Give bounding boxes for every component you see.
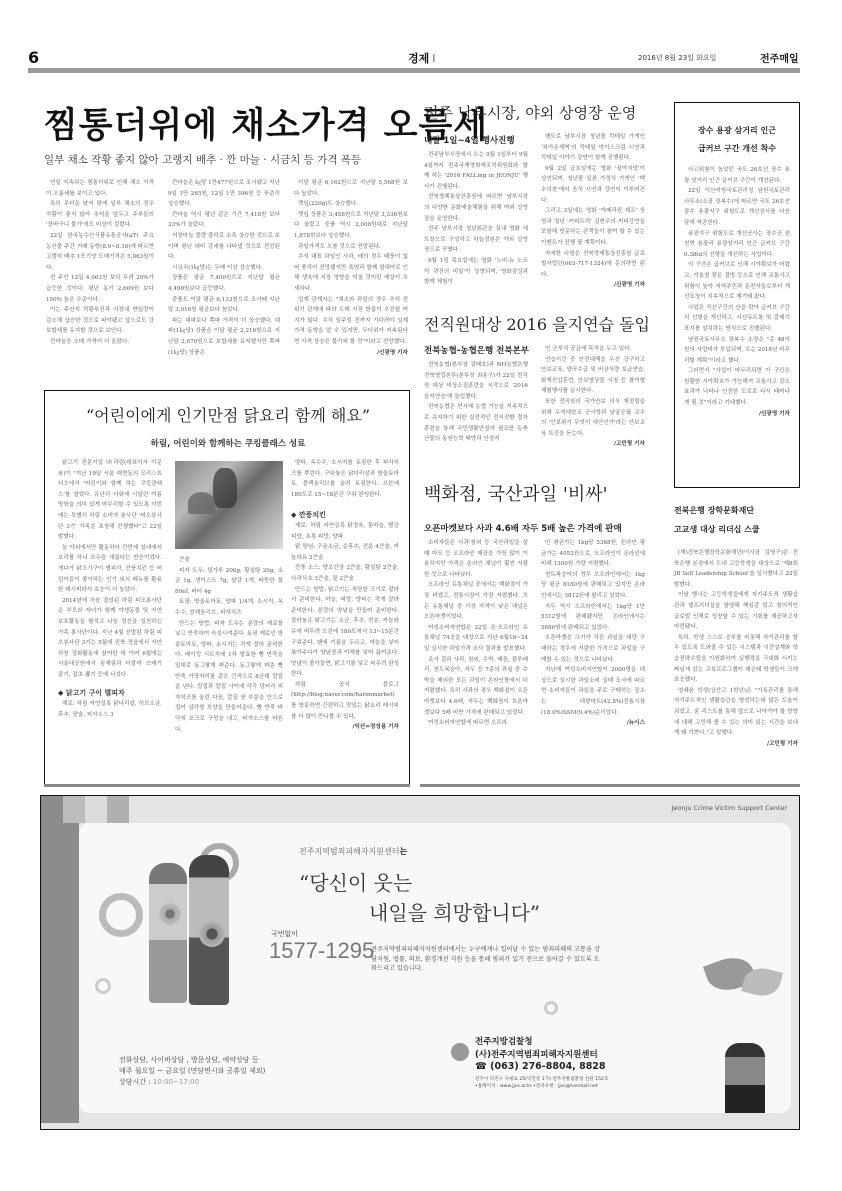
- article-fruit-col2: 인 평균가는 1kg당 5368원, 온라인 평균가는 4052원으로, 오프라…: [541, 538, 645, 729]
- issue-date: 2016년 8월 23일 화요일: [638, 53, 716, 63]
- header-divider: [28, 68, 800, 73]
- byline: /신광영 기자: [541, 280, 645, 291]
- subhead-chicken: 하림, 어린이와 함께하는 쿠킹클래스 성료: [45, 437, 411, 449]
- hotline-number: 1577-1295: [269, 938, 374, 964]
- section-title: 경제I: [408, 50, 436, 66]
- section-divider: [420, 784, 800, 787]
- consult-hours: 10:00~17:00: [153, 1078, 199, 1086]
- color-stripe: [85, 796, 107, 823]
- article-chicken-box: “어린이에게 인기만점 닭요리 함께 해요” 하림, 어린이와 함께하는 쿠킹클…: [44, 390, 410, 786]
- child-figure-girl: [149, 863, 187, 1003]
- slogan-line2: 내일을 희망합니다”: [369, 897, 540, 926]
- headline-drill: 전직원대상 2016 을지연습 돌입: [424, 312, 650, 335]
- color-stripe: [63, 796, 85, 823]
- org-address: 전주시 덕진구 사평로 25(덕진동 1가) 전주지방검찰청 신관 152호: [475, 1076, 608, 1082]
- headline-fruit: 백화점, 국산과일 '비싸': [424, 480, 608, 506]
- byline: /고민형 기자: [541, 439, 645, 450]
- page-number: 6: [28, 48, 39, 67]
- slogan-line1: “당신이 웃는: [299, 867, 412, 896]
- color-stripe: [107, 796, 129, 823]
- cooking-photo: [175, 461, 283, 549]
- consult-info: 전화상담, 사이버상담 , 방문상담, 예약상담 등 매주 월요일 ~ 금요일 …: [119, 1055, 265, 1088]
- ad-intro: 전주지역범죄피해자지원센터는: [299, 846, 407, 857]
- article-leadership-body: (재)전북은행장학문화재단(이사장 김영구)은 전북은행 본점에서 도내 고등학…: [674, 548, 798, 749]
- sunflower-icon: [159, 903, 181, 925]
- org-phone: ☎ (063) 276-8804, 8828: [475, 1061, 606, 1072]
- advertisement-crime-victim-center: Jeonju Crime Victim Support Center 국번없이 …: [40, 795, 800, 1130]
- ad-description: 전주지역범죄피해자지원센터에서는 누구에게나 일어날 수 있는 범죄피해의 고통…: [371, 945, 603, 974]
- org-line2: (사)전주지역범죄피해자지원센터: [475, 1048, 598, 1060]
- recipe-title: ◆ 닭고기 구이 별피자: [58, 688, 162, 699]
- consult-types: 전화상담, 사이버상담 , 방문상담, 예약상담 등: [119, 1055, 265, 1066]
- article-drill-col1: 전북농협(본부장 김태호)과 NH농협은행 전북영업본부(본부장 최용구)가 2…: [424, 360, 528, 445]
- children-illustration: [725, 1043, 765, 1113]
- byline: /신광영 기자: [684, 409, 790, 420]
- recipe-title: ◆ 깐풍치킨: [291, 510, 399, 521]
- side-bar: [41, 823, 79, 1123]
- email-link[interactable]: •전자우편 : jjvs@hanmail.net: [533, 1084, 598, 1089]
- intro-org: 전주지역범죄피해자지원센터: [299, 847, 399, 856]
- byline: /뉴시스: [541, 718, 645, 729]
- headline-chicken: “어린이에게 인기만점 닭요리 함께 해요”: [45, 403, 411, 426]
- byline: /익산=정성용 기자: [291, 722, 399, 733]
- article-curb-body: 사고위험이 높았던 국도 26호선 장수 용광 삼거리 인근 급커브 구간이 개…: [684, 165, 790, 419]
- subhead-fruit: 오픈마켓보다 사과 4.6배 자두 5배 높은 가격에 판매: [424, 522, 622, 534]
- headline-market: 전주 남부시장, 야외 상영장 운영: [424, 102, 636, 123]
- decor-circle: [544, 1001, 558, 1015]
- article-chicken-col1: 닭고기 전문기업 ㈜하림(대표이사 이문용)이 "지난 19일 서울 대현동의 …: [58, 458, 162, 720]
- headline-curb-line1: 장수 용광 삼거리 인근: [675, 125, 799, 136]
- intro-suffix: 는: [399, 847, 407, 856]
- newspaper-name: 전주매일: [760, 50, 799, 65]
- org-line1: 전주지방검찰청: [475, 1035, 532, 1047]
- consult-hours-row: 상담시간 : 10:00~17:00: [119, 1077, 265, 1088]
- ad-panel: 국번없이 1577-1295 전주지역범죄피해자지원센터는 “당신이 웃는 내일…: [79, 823, 791, 1113]
- prosecutor-logo-icon: [451, 1043, 469, 1061]
- article-market-col2: 벤트로 남부시장 청년몰 칵테일 가게인 '차가운새벽'의 칵테일 아이스크림 …: [541, 132, 645, 291]
- org-contact: •홈페이지 : www.jjvs.or.kr •전자우편 : jjvs@hanm…: [475, 1083, 598, 1089]
- website-link[interactable]: •홈페이지 : www.jjvs.or.kr: [475, 1084, 532, 1089]
- section-divider: [44, 784, 410, 787]
- headline-curb-line2: 급커브 구간 개선 착수: [675, 143, 799, 154]
- headline-leadership-line2: 고교생 대상 리더십 스쿨: [674, 524, 760, 535]
- byline: /신광영 기자: [294, 348, 408, 359]
- article-drill-col2: 인 군부식 공급에 목적을 두고 있다.연습기간 중 안전대책을 우선 강구하고…: [541, 344, 645, 450]
- subheadline-vegetables: 일부 채소 작황 좋지 않아 고랭지 배추 · 깐 마늘 · 시금치 등 가격 …: [44, 152, 361, 167]
- consult-days: 매주 월요일 ~ 금요일 (면담면시와 공휴일 제외): [119, 1066, 265, 1077]
- sunflower-icon: [199, 921, 225, 947]
- byline: /고민형 기자: [674, 739, 798, 750]
- subhead-drill: 전북농협-농협은행 전북본부: [424, 344, 529, 356]
- section-marker: I: [432, 52, 435, 65]
- article-chicken-col3: 양파, 옥수수, 소시지를 토핑한 후 피자치즈를 뿌린다. 구워놓은 닭다리살…: [291, 458, 399, 733]
- article-curb-box: 장수 용광 삼거리 인근 급커브 구간 개선 착수 사고위험이 높았던 국도 2…: [674, 102, 800, 488]
- article-market-col1: 전주남부시장에서 오는 9월 1일부터 9월 4일까지 전주국제영화제조직위원회…: [424, 150, 528, 288]
- subhead-market: 내달 1일~4일 행사진행: [424, 134, 515, 146]
- article-vegetables-col1: 연일 지속되는 찜통더위로 인해 채소 가격이 오름세를 보이고 있다.특히 무…: [46, 178, 154, 348]
- article-chicken-col2: 큰술피자 도우: 밀가루 200g, 황설탕 20g, 소금 1g, 생이스트 …: [175, 555, 283, 735]
- org-english-name: Jeonju Crime Victim Support Center: [672, 804, 788, 812]
- headline-vegetables: 찜통더위에 채소가격 오름세: [44, 98, 488, 148]
- decor-circle: [99, 893, 143, 937]
- consult-hours-label: 상담시간 :: [119, 1078, 151, 1086]
- section-label: 경제: [408, 52, 429, 65]
- color-stripe: [41, 796, 63, 823]
- article-vegetables-col3: 이달 평균 6,162원으로 지난달 5,568원 보다 높았다.깻잎(220g…: [294, 178, 408, 358]
- headline-leadership-line1: 전북은행 장학문화재단: [674, 505, 754, 516]
- decor-circle: [95, 978, 111, 994]
- article-vegetables-col2: 깐마늘은 ㎏당 1만477원으로 조사됐고 지난 9일 1만 265원, 12일…: [168, 178, 280, 358]
- article-fruit-col1: 소비자들은 사과·참외 등 국산과일을 살 때 마트 등 오프라인 매장을 가장…: [424, 538, 528, 729]
